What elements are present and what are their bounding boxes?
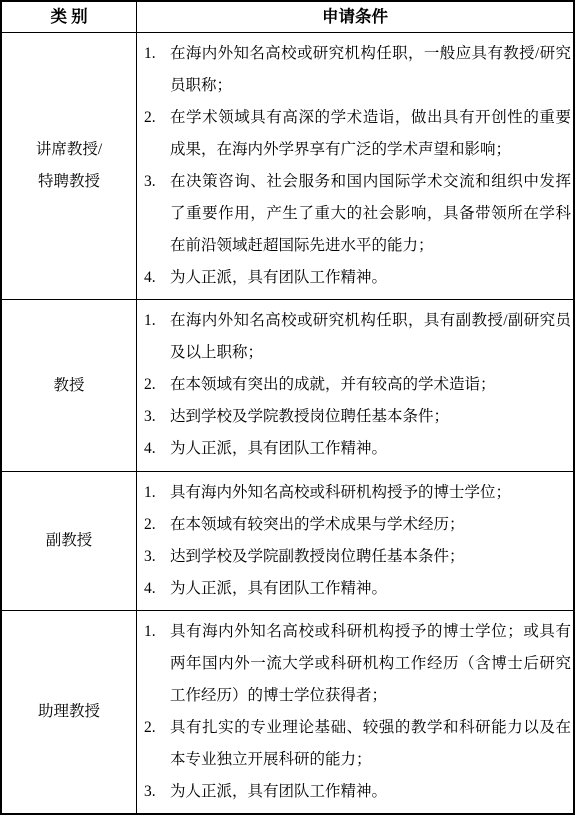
table-row: 讲席教授/ 特聘教授 1. 在海内外知名高校或研究机构任职，一般应具有教授/研究…: [2, 33, 573, 300]
condition-item: 4. 为人正派，具有团队工作精神。: [141, 433, 571, 465]
item-number: 3.: [141, 166, 170, 198]
condition-item: 3. 达到学校及学院副教授岗位聘任基本条件；: [141, 541, 571, 573]
item-number: 4.: [141, 433, 170, 465]
category-cell: 讲席教授/ 特聘教授: [2, 33, 137, 299]
category-label-line: 讲席教授/: [36, 134, 102, 166]
condition-item: 2. 具有扎实的专业理论基础、较强的教学和科研能力以及在本专业独立开展科研的能力…: [141, 712, 571, 776]
item-text: 具有海内外知名高校或科研机构授予的博士学位；或具有两年国内外一流大学或科研机构工…: [170, 616, 571, 712]
item-text: 为人正派，具有团队工作精神。: [170, 262, 571, 294]
item-text: 在决策咨询、社会服务和国内国际学术交流和组织中发挥了重要作用，产生了重大的社会影…: [170, 166, 571, 262]
item-number: 4.: [141, 262, 170, 294]
item-number: 2.: [141, 369, 170, 401]
item-text: 达到学校及学院副教授岗位聘任基本条件；: [170, 541, 571, 573]
category-cell: 副教授: [2, 472, 137, 610]
item-text: 为人正派，具有团队工作精神。: [170, 573, 571, 605]
item-number: 2.: [141, 712, 170, 744]
item-number: 1.: [141, 38, 170, 70]
conditions-cell: 1. 在海内外知名高校或研究机构任职，具有副教授/副研究员及以上职称； 2. 在…: [137, 300, 573, 471]
category-label-line: 教授: [53, 370, 84, 402]
item-number: 1.: [141, 477, 170, 509]
item-text: 在学术领域具有高深的学术造诣，做出具有开创性的重要成果，在海内外学界享有广泛的学…: [170, 102, 571, 166]
table-header-row: 类 别 申请条件: [2, 2, 573, 33]
condition-item: 2. 在本领域有突出的成就，并有较高的学术造诣；: [141, 369, 571, 401]
condition-item: 3. 在决策咨询、社会服务和国内国际学术交流和组织中发挥了重要作用，产生了重大的…: [141, 166, 571, 262]
category-label-line: 副教授: [46, 525, 93, 557]
condition-item: 3. 达到学校及学院教授岗位聘任基本条件；: [141, 401, 571, 433]
condition-item: 1. 在海内外知名高校或研究机构任职，一般应具有教授/研究员职称；: [141, 38, 571, 102]
item-text: 在本领域有突出的成就，并有较高的学术造诣；: [170, 369, 571, 401]
category-cell: 助理教授: [2, 611, 137, 813]
condition-item: 1. 具有海内外知名高校或科研机构授予的博士学位；: [141, 477, 571, 509]
category-cell: 教授: [2, 300, 137, 471]
item-text: 在海内外知名高校或研究机构任职，具有副教授/副研究员及以上职称；: [170, 305, 571, 369]
item-text: 为人正派，具有团队工作精神。: [170, 776, 571, 808]
header-conditions-label: 申请条件: [322, 3, 388, 31]
condition-item: 2. 在学术领域具有高深的学术造诣，做出具有开创性的重要成果，在海内外学界享有广…: [141, 102, 571, 166]
category-label-line: 助理教授: [38, 696, 100, 728]
condition-item: 2. 在本领域有较突出的学术成果与学术经历；: [141, 509, 571, 541]
conditions-cell: 1. 具有海内外知名高校或科研机构授予的博士学位；或具有两年国内外一流大学或科研…: [137, 611, 573, 813]
condition-item: 4. 为人正派，具有团队工作精神。: [141, 573, 571, 605]
item-text: 在本领域有较突出的学术成果与学术经历；: [170, 509, 571, 541]
item-number: 4.: [141, 573, 170, 605]
conditions-cell: 1. 在海内外知名高校或研究机构任职，一般应具有教授/研究员职称； 2. 在学术…: [137, 33, 573, 299]
item-text: 达到学校及学院教授岗位聘任基本条件；: [170, 401, 571, 433]
item-number: 3.: [141, 541, 170, 573]
table-row: 助理教授 1. 具有海内外知名高校或科研机构授予的博士学位；或具有两年国内外一流…: [2, 611, 573, 813]
item-number: 2.: [141, 102, 170, 134]
header-category: 类 别: [2, 2, 137, 32]
table-row: 教授 1. 在海内外知名高校或研究机构任职，具有副教授/副研究员及以上职称； 2…: [2, 300, 573, 472]
condition-item: 1. 具有海内外知名高校或科研机构授予的博士学位；或具有两年国内外一流大学或科研…: [141, 616, 571, 712]
item-number: 1.: [141, 305, 170, 337]
item-number: 1.: [141, 616, 170, 648]
item-number: 3.: [141, 776, 170, 808]
item-text: 为人正派，具有团队工作精神。: [170, 433, 571, 465]
item-text: 具有扎实的专业理论基础、较强的教学和科研能力以及在本专业独立开展科研的能力；: [170, 712, 571, 776]
header-category-label: 类 别: [50, 3, 87, 31]
item-number: 2.: [141, 509, 170, 541]
item-text: 具有海内外知名高校或科研机构授予的博士学位；: [170, 477, 571, 509]
condition-item: 3. 为人正派，具有团队工作精神。: [141, 776, 571, 808]
condition-item: 4. 为人正派，具有团队工作精神。: [141, 262, 571, 294]
header-conditions: 申请条件: [137, 2, 573, 32]
item-number: 3.: [141, 401, 170, 433]
item-text: 在海内外知名高校或研究机构任职，一般应具有教授/研究员职称；: [170, 38, 571, 102]
conditions-cell: 1. 具有海内外知名高校或科研机构授予的博士学位； 2. 在本领域有较突出的学术…: [137, 472, 573, 610]
table-row: 副教授 1. 具有海内外知名高校或科研机构授予的博士学位； 2. 在本领域有较突…: [2, 472, 573, 611]
category-label-line: 特聘教授: [38, 166, 100, 198]
conditions-table: 类 别 申请条件 讲席教授/ 特聘教授 1. 在海内外知名高校或研究机构任职，一…: [0, 0, 575, 815]
condition-item: 1. 在海内外知名高校或研究机构任职，具有副教授/副研究员及以上职称；: [141, 305, 571, 369]
